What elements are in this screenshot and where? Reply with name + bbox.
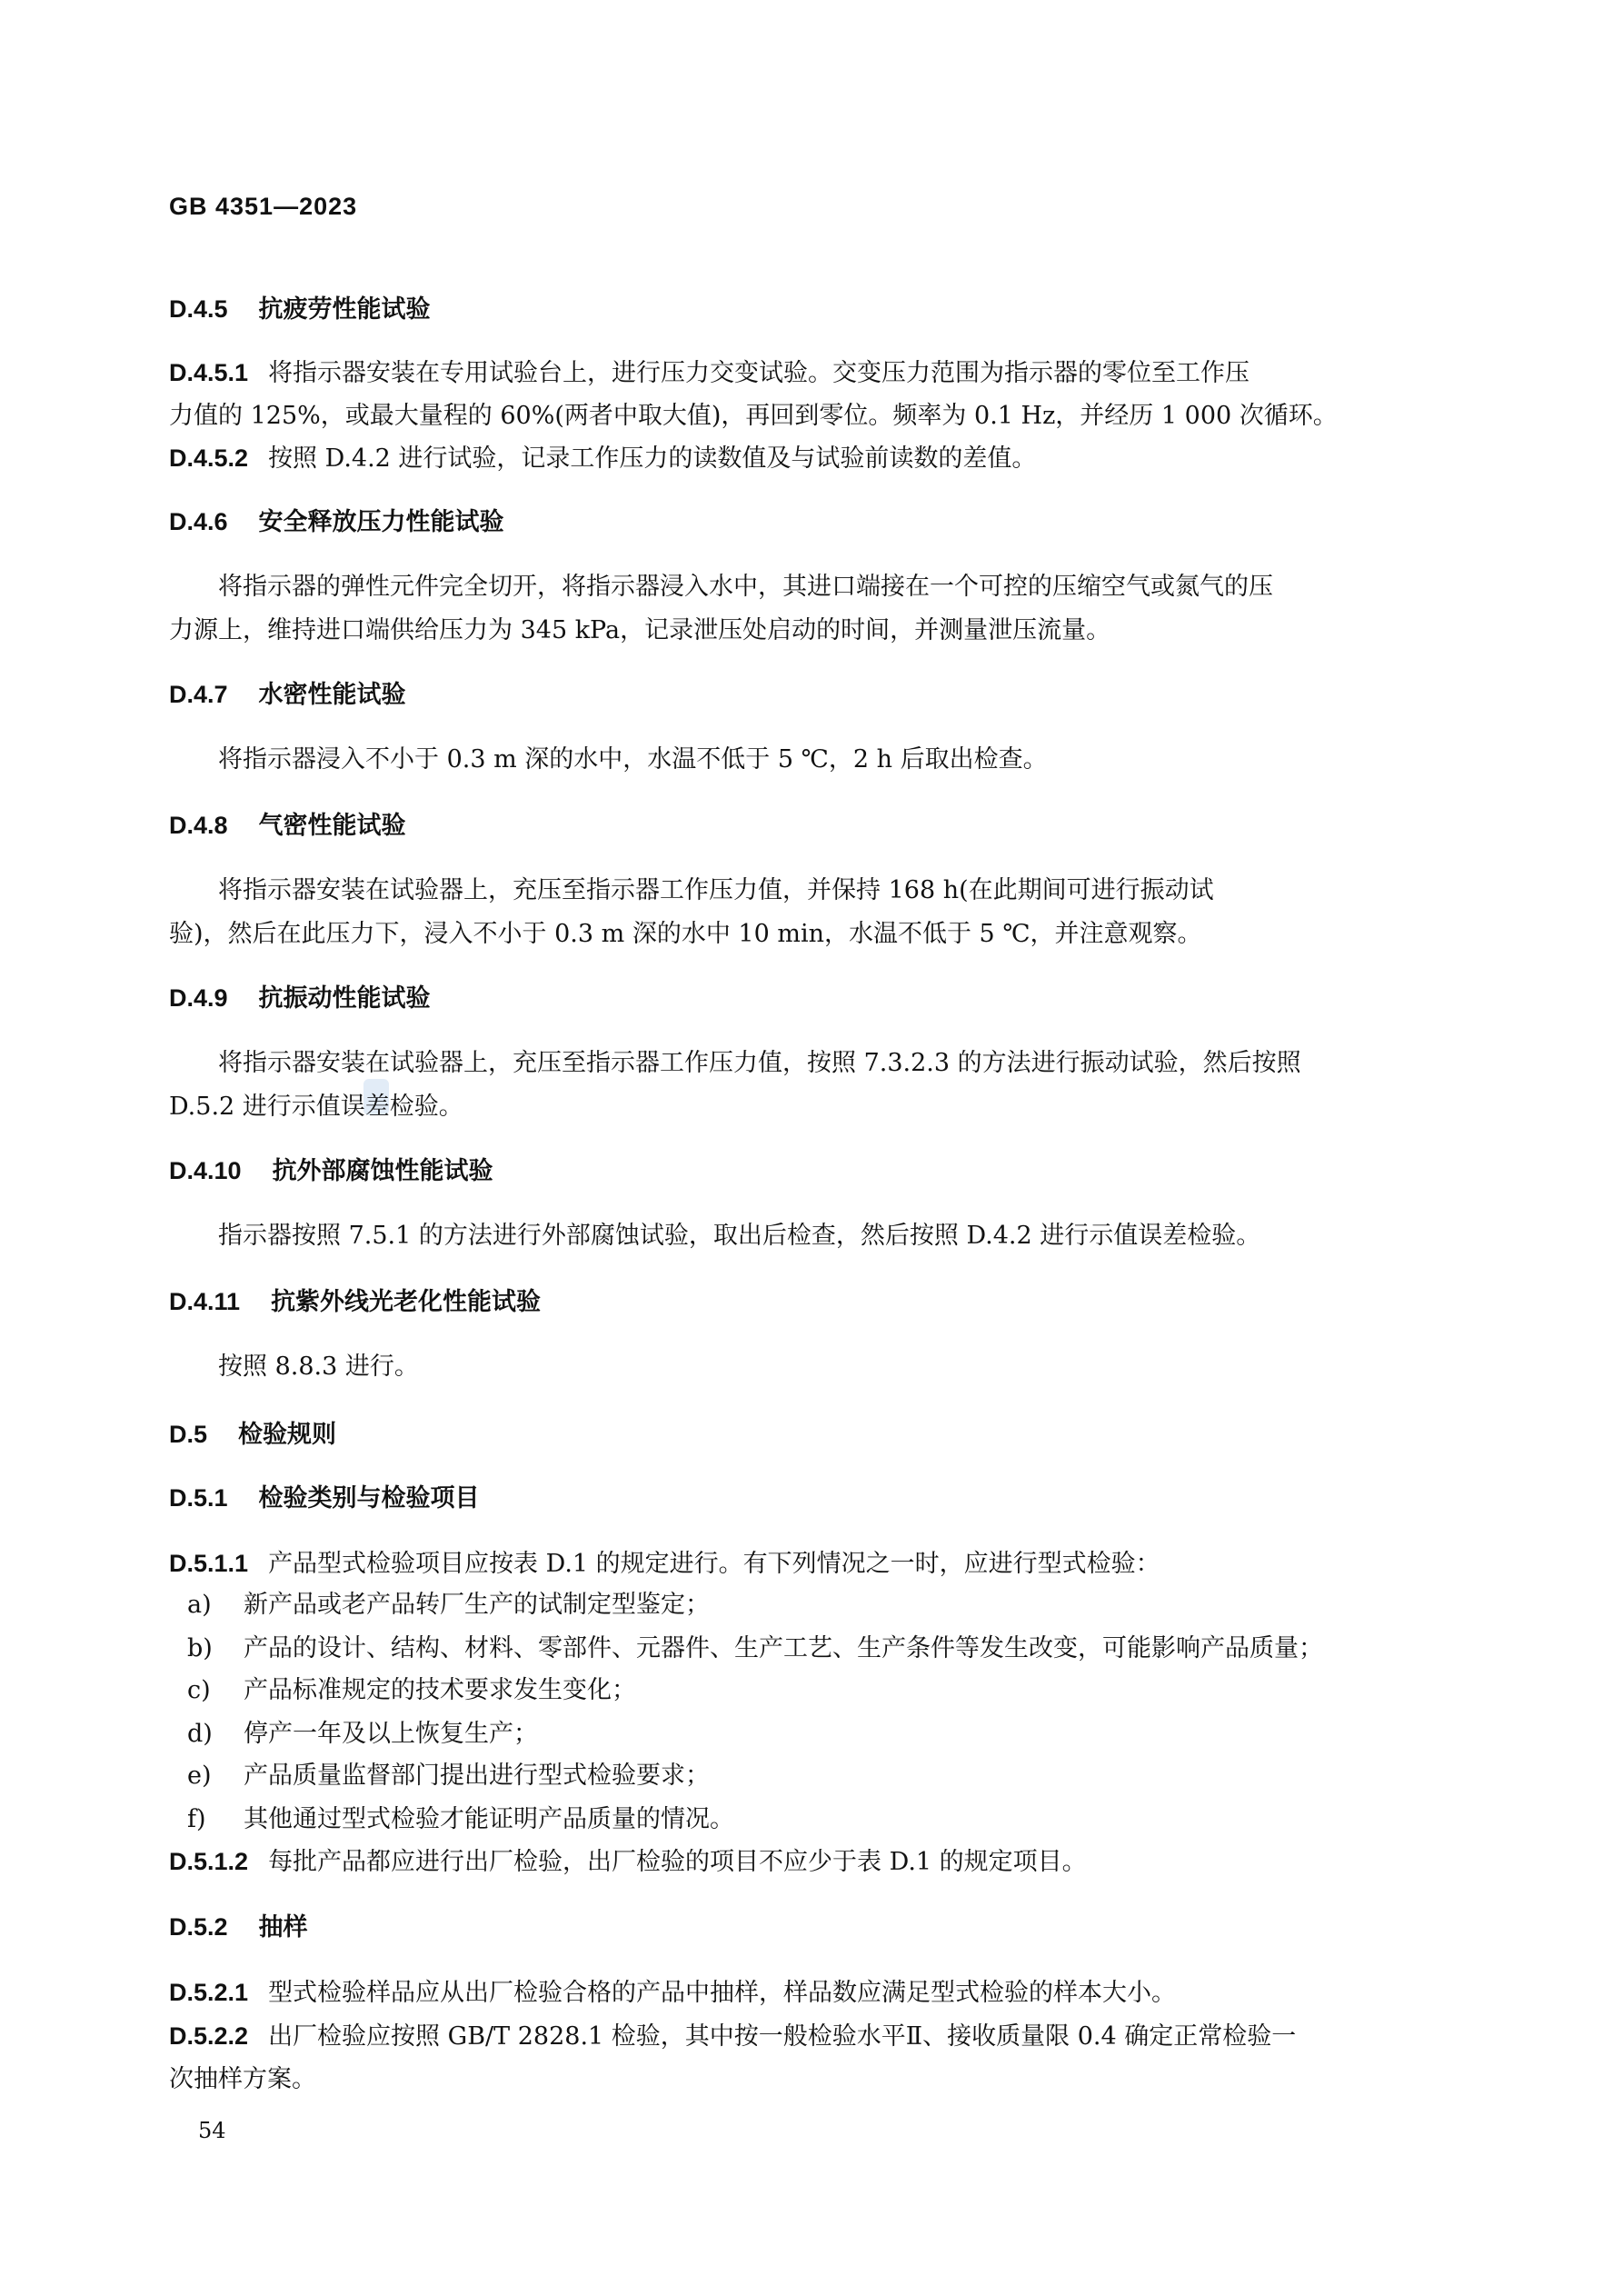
section-heading: D.4.9抗振动性能试验 [169, 982, 431, 1015]
clause-paragraph: D.5.2.2出厂检验应按照 GB/T 2828.1 检验，其中按一般检验水平Ⅱ… [169, 2020, 1296, 2053]
section-heading: D.4.8气密性能试验 [169, 809, 406, 843]
paragraph-line: 将指示器的弹性元件完全切开，将指示器浸入水中，其进口端接在一个可控的压缩空气或氮… [218, 571, 1273, 604]
paragraph-line: 次抽样方案。 [169, 2063, 316, 2096]
clause-paragraph: D.4.5.2按照 D.4.2 进行试验，记录工作压力的读数值及与试验前读数的差… [169, 442, 1036, 475]
clause-paragraph: D.5.1.2每批产品都应进行出厂检验，出厂检验的项目不应少于表 D.1 的规定… [169, 1845, 1087, 1879]
paragraph-line: 将指示器安装在试验器上，充压至指示器工作压力值，并保持 168 h(在此期间可进… [218, 874, 1214, 907]
paragraph-line: 将指示器浸入不小于 0.3 m 深的水中，水温不低于 5 ℃，2 h 后取出检查… [218, 744, 1048, 776]
list-item: b)产品的设计、结构、材料、零部件、元器件、生产工艺、生产条件等发生改变，可能影… [187, 1632, 1323, 1665]
section-heading: D.5检验规则 [169, 1418, 336, 1452]
paragraph-line: 力值的 125%，或最大量程的 60%(两者中取大值)，再回到零位。频率为 0.… [169, 400, 1338, 433]
clause-paragraph: D.5.2.1型式检验样品应从出厂检验合格的产品中抽样，样品数应满足型式检验的样… [169, 1976, 1176, 2010]
paragraph-line: 将指示器安装在试验器上，充压至指示器工作压力值，按照 7.3.2.3 的方法进行… [218, 1047, 1301, 1080]
list-item: a)新产品或老产品转厂生产的试制定型鉴定； [187, 1589, 710, 1622]
section-heading: D.5.2抽样 [169, 1911, 308, 1944]
list-item: f)其他通过型式检验才能证明产品质量的情况。 [187, 1803, 734, 1836]
clause-paragraph: D.5.1.1产品型式检验项目应按表 D.1 的规定进行。有下列情况之一时，应进… [169, 1547, 1160, 1581]
section-heading: D.4.10抗外部腐蚀性能试验 [169, 1154, 493, 1188]
paragraph-line: 力源上，维持进口端供给压力为 345 kPa，记录泄压处启动的时间，并测量泄压流… [169, 614, 1110, 647]
paragraph-line: 验)，然后在此压力下，浸入不小于 0.3 m 深的水中 10 min，水温不低于… [169, 918, 1202, 951]
section-heading: D.4.5抗疲劳性能试验 [169, 293, 431, 326]
paragraph-line: D.5.2 进行示值误差检验。 [169, 1091, 463, 1123]
document-page: GB 4351—2023 D.4.5抗疲劳性能试验 D.4.5.1将指示器安装在… [0, 0, 1623, 2296]
section-heading: D.4.7水密性能试验 [169, 678, 406, 712]
page-number: 54 [198, 2118, 226, 2143]
list-item: e)产品质量监督部门提出进行型式检验要求； [187, 1760, 710, 1792]
list-item: d)停产一年及以上恢复生产； [187, 1718, 538, 1751]
section-heading: D.4.11抗紫外线光老化性能试验 [169, 1285, 541, 1319]
clause-paragraph: D.4.5.1将指示器安装在专用试验台上，进行压力交变试验。交变压力范围为指示器… [169, 356, 1250, 390]
section-heading: D.4.6安全释放压力性能试验 [169, 505, 504, 539]
section-heading: D.5.1检验类别与检验项目 [169, 1482, 480, 1515]
standard-code: GB 4351—2023 [169, 193, 357, 221]
list-item: c)产品标准规定的技术要求发生变化； [187, 1674, 636, 1707]
paragraph-line: 指示器按照 7.5.1 的方法进行外部腐蚀试验，取出后检查，然后按照 D.4.2… [218, 1220, 1260, 1253]
paragraph-line: 按照 8.8.3 进行。 [218, 1351, 419, 1383]
